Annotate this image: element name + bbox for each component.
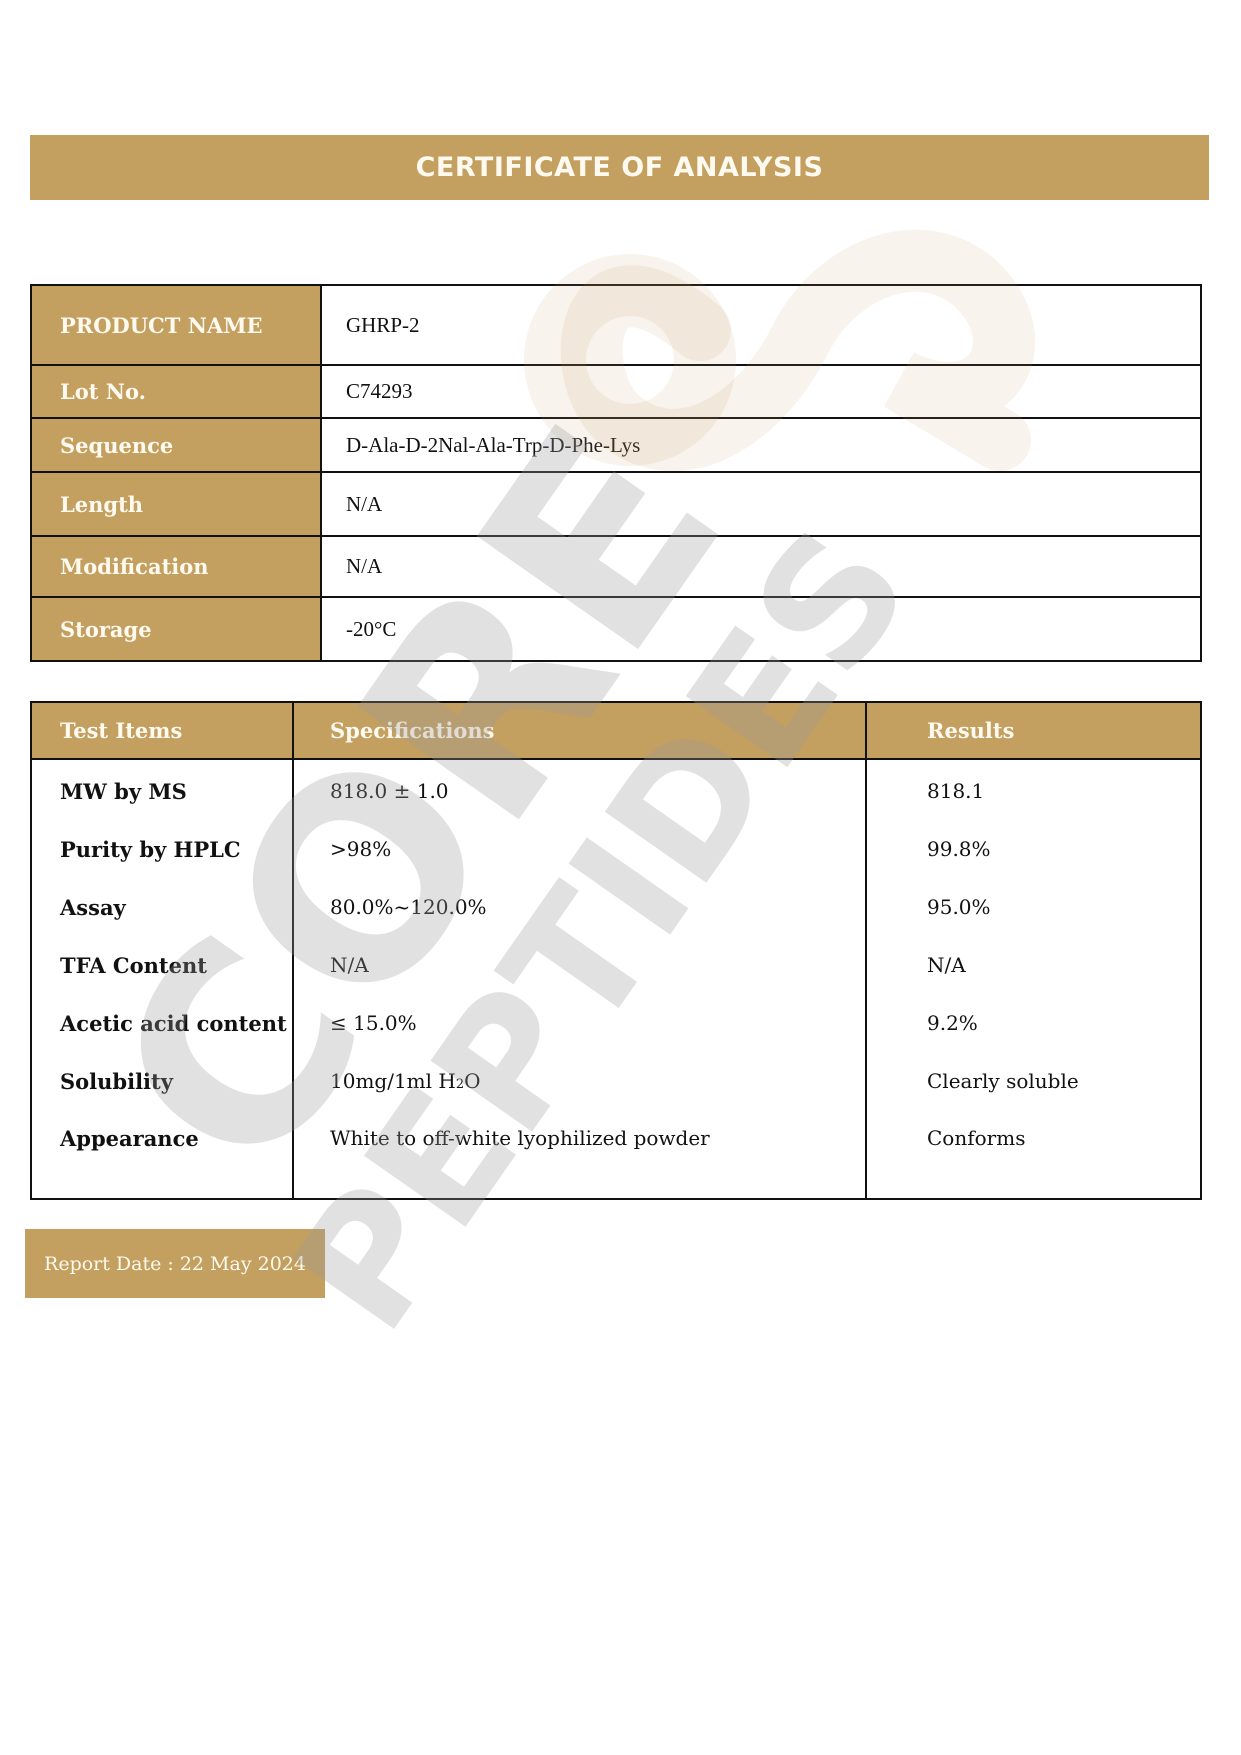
info-row-length: Length N/A [31,472,1201,536]
spec-main: 10mg/1ml H [330,1069,456,1093]
info-value: N/A [321,536,1201,597]
info-label: Sequence [31,418,321,472]
column-header-test-items: Test Items [31,702,293,759]
report-date: Report Date : 22 May 2024 [44,1253,306,1275]
test-item: Appearance [31,1110,293,1199]
info-value: C74293 [321,365,1201,418]
test-item: MW by MS [31,759,293,820]
spec-tail: O [464,1069,480,1093]
product-info-table: PRODUCT NAME GHRP-2 Lot No. C74293 Seque… [30,284,1202,662]
column-header-results: Results [866,702,1201,759]
test-spec: 10mg/1ml H2O [293,1052,866,1110]
info-value: N/A [321,472,1201,536]
info-row-storage: Storage -20°C [31,597,1201,661]
test-spec: ≤ 15.0% [293,994,866,1052]
column-header-specifications: Specifications [293,702,866,759]
info-value: D-Ala-D-2Nal-Ala-Trp-D-Phe-Lys [321,418,1201,472]
table-row: Purity by HPLC >98% 99.8% [31,820,1201,878]
info-row-lot-no: Lot No. C74293 [31,365,1201,418]
test-item: Assay [31,878,293,936]
info-value: GHRP-2 [321,285,1201,365]
test-spec: N/A [293,936,866,994]
table-row: TFA Content N/A N/A [31,936,1201,994]
test-item: Purity by HPLC [31,820,293,878]
test-item: Solubility [31,1052,293,1110]
table-row: Assay 80.0%~120.0% 95.0% [31,878,1201,936]
test-result: 95.0% [866,878,1201,936]
test-results-table: Test Items Specifications Results MW by … [30,701,1202,1200]
test-table-header: Test Items Specifications Results [31,702,1201,759]
info-label: Length [31,472,321,536]
table-row: Solubility 10mg/1ml H2O Clearly soluble [31,1052,1201,1110]
test-result: 9.2% [866,994,1201,1052]
test-spec: White to off-white lyophilized powder [293,1110,866,1199]
test-result: 818.1 [866,759,1201,820]
spec-subscript: 2 [456,1077,464,1092]
info-row-product-name: PRODUCT NAME GHRP-2 [31,285,1201,365]
info-label: Lot No. [31,365,321,418]
test-result: Conforms [866,1110,1201,1199]
test-item: Acetic acid content [31,994,293,1052]
table-row: Acetic acid content ≤ 15.0% 9.2% [31,994,1201,1052]
test-result: 99.8% [866,820,1201,878]
info-row-sequence: Sequence D-Ala-D-2Nal-Ala-Trp-D-Phe-Lys [31,418,1201,472]
test-result: N/A [866,936,1201,994]
document-title: CERTIFICATE OF ANALYSIS [416,152,824,183]
report-date-box: Report Date : 22 May 2024 [25,1229,325,1298]
info-label: Modification [31,536,321,597]
info-value: -20°C [321,597,1201,661]
title-banner: CERTIFICATE OF ANALYSIS [30,135,1209,200]
test-item: TFA Content [31,936,293,994]
test-spec: 818.0 ± 1.0 [293,759,866,820]
info-row-modification: Modification N/A [31,536,1201,597]
table-row: MW by MS 818.0 ± 1.0 818.1 [31,759,1201,820]
table-row: Appearance White to off-white lyophilize… [31,1110,1201,1199]
test-result: Clearly soluble [866,1052,1201,1110]
info-label: Storage [31,597,321,661]
info-label: PRODUCT NAME [31,285,321,365]
test-spec: 80.0%~120.0% [293,878,866,936]
test-spec: >98% [293,820,866,878]
